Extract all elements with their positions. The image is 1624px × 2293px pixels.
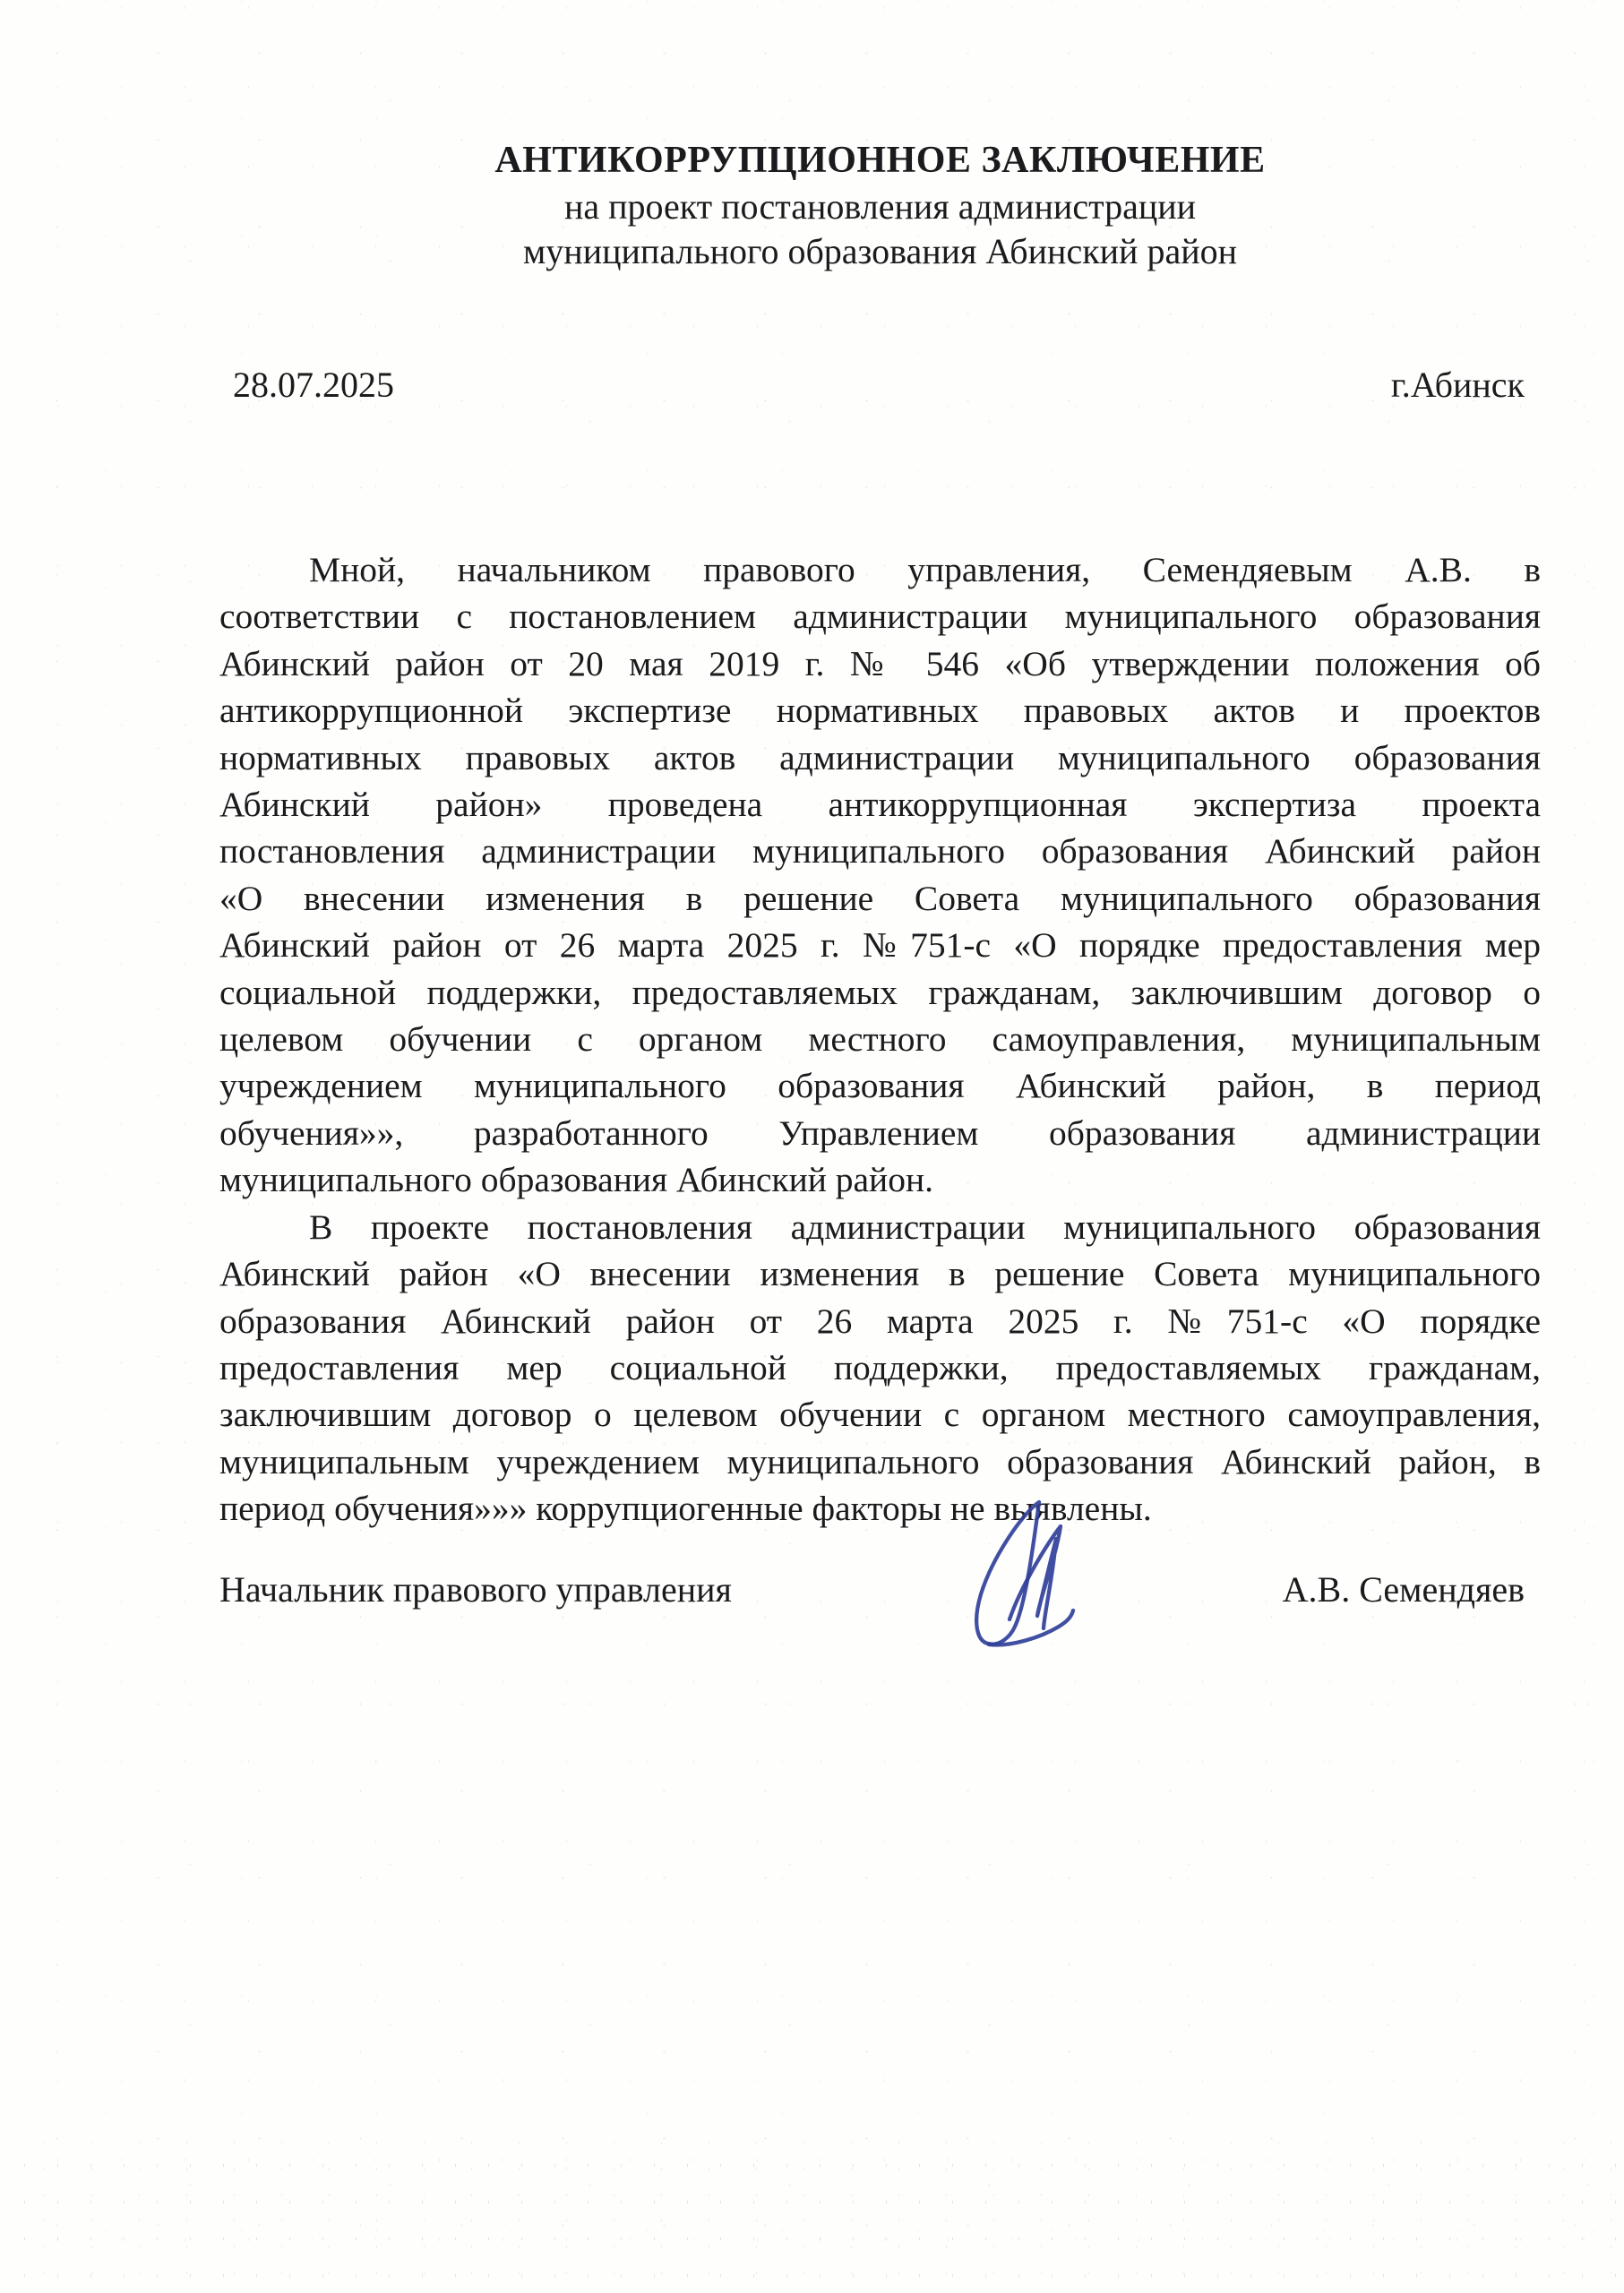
body-line: заключившим договор о целевом обучении с… <box>219 1391 1541 1438</box>
paragraph-2: В проекте постановления администрации му… <box>219 1204 1541 1533</box>
document-page: АНТИКОРРУПЦИОННОЕ ЗАКЛЮЧЕНИЕ на проект п… <box>0 0 1624 2293</box>
document-subtitle-line-2: муниципального образования Абинский райо… <box>219 229 1541 274</box>
signer-name: А.В. Семендяев <box>1283 1567 1541 1613</box>
body-line: период обучения»»» коррупциогенные факто… <box>219 1485 1541 1532</box>
body-line: В проекте постановления администрации му… <box>219 1204 1541 1250</box>
document-title: АНТИКОРРУПЦИОННОЕ ЗАКЛЮЧЕНИЕ <box>219 136 1541 185</box>
document-header: АНТИКОРРУПЦИОННОЕ ЗАКЛЮЧЕНИЕ на проект п… <box>219 136 1541 274</box>
body-line: учреждением муниципального образования А… <box>219 1062 1541 1109</box>
date-place-row: 28.07.2025 г.Абинск <box>219 362 1541 408</box>
body-line: «О внесении изменения в решение Совета м… <box>219 875 1541 922</box>
handwritten-signature-icon <box>958 1485 1093 1660</box>
body-line: социальной поддержки, предоставляемых гр… <box>219 969 1541 1016</box>
body-line: обучения»», разработанного Управлением о… <box>219 1110 1541 1156</box>
body-line: целевом обучении с органом местного само… <box>219 1016 1541 1062</box>
document-body: Мной, начальником правового управления, … <box>219 546 1541 1533</box>
paragraph-1: Мной, начальником правового управления, … <box>219 546 1541 1204</box>
document-city: г.Абинск <box>1391 362 1541 408</box>
body-line: Абинский район «О внесении изменения в р… <box>219 1250 1541 1297</box>
signature-row: Начальник правового управления А.В. Семе… <box>219 1567 1541 1613</box>
document-subtitle-line-1: на проект постановления администрации <box>219 185 1541 229</box>
document-date: 28.07.2025 <box>219 362 394 408</box>
body-line: предоставления мер социальной поддержки,… <box>219 1344 1541 1391</box>
body-line: нормативных правовых актов администрации… <box>219 734 1541 781</box>
body-line: Абинский район» проведена антикоррупцион… <box>219 781 1541 828</box>
body-line: соответствии с постановлением администра… <box>219 593 1541 640</box>
body-line: муниципального образования Абинский райо… <box>219 1156 1541 1203</box>
body-line: муниципальным учреждением муниципального… <box>219 1438 1541 1485</box>
body-line: образования Абинский район от 26 марта 2… <box>219 1298 1541 1344</box>
body-line: Мной, начальником правового управления, … <box>219 546 1541 593</box>
body-line: антикоррупционной экспертизе нормативных… <box>219 687 1541 734</box>
body-line: Абинский район от 26 марта 2025 г. №751-… <box>219 922 1541 968</box>
signer-position-title: Начальник правового управления <box>219 1567 732 1613</box>
body-line: постановления администрации муниципально… <box>219 828 1541 874</box>
body-line: Абинский район от 20 мая 2019 г. № 546 «… <box>219 640 1541 687</box>
